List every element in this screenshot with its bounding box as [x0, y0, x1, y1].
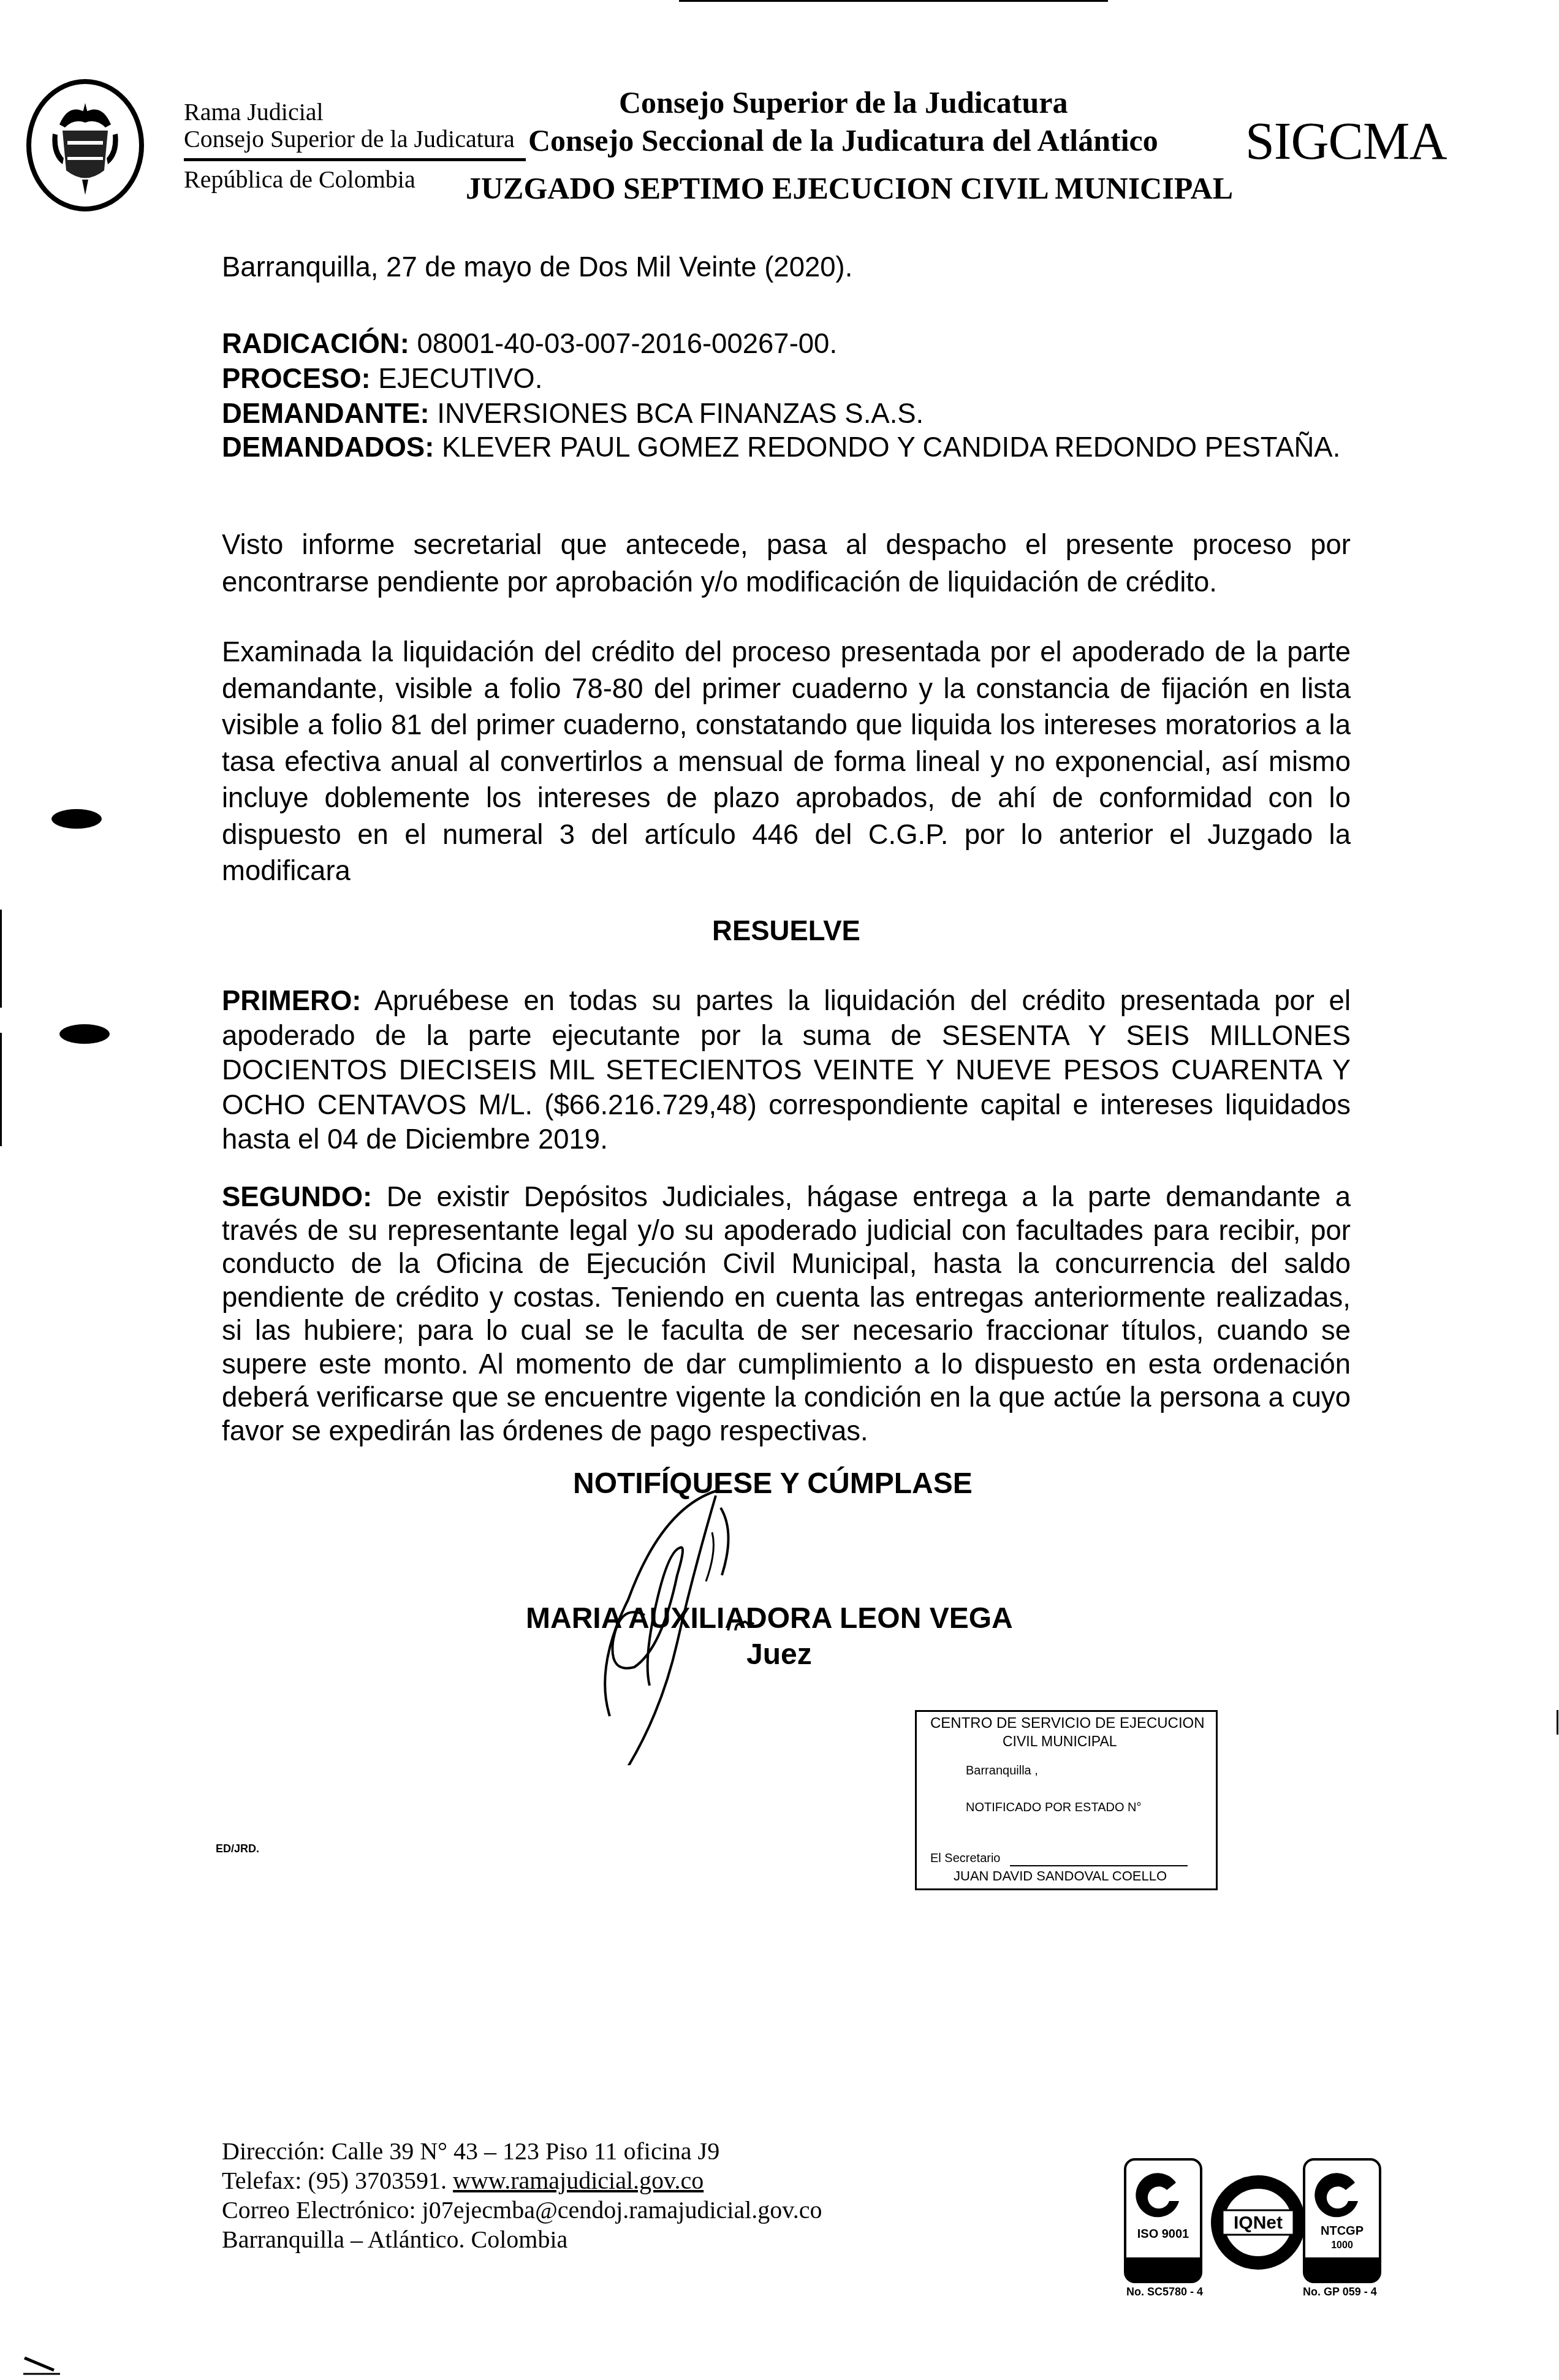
stamp-line-barranquilla: Barranquilla , — [966, 1764, 1038, 1778]
icontec-ntcgp1000-logo-icon: NTCGP 1000 — [1303, 2158, 1381, 2284]
stamp-line-notificado: NOTIFICADO POR ESTADO N° — [966, 1801, 1142, 1815]
scan-edge-mark — [0, 1033, 2, 1146]
scan-edge-mark — [1557, 1710, 1558, 1735]
footer-telefax: Telefax: (95) 3703591. www.ramajudicial.… — [222, 2166, 822, 2196]
header-juzgado: JUZGADO SEPTIMO EJECUCION CIVIL MUNICIPA… — [466, 170, 1233, 206]
iqnet-logo-icon: IQNet — [1210, 2175, 1306, 2270]
scan-corner-mark — [23, 2357, 60, 2375]
footer-address: Dirección: Calle 39 N° 43 – 123 Piso 11 … — [222, 2137, 822, 2166]
header-divider — [184, 158, 526, 161]
header-consejo-superior: Consejo Superior de la Judicatura — [619, 85, 1068, 120]
paragraph-visto: Visto informe secretarial que antecede, … — [222, 526, 1351, 601]
stamp-signature-line — [1010, 1865, 1188, 1866]
footer-contact: Dirección: Calle 39 N° 43 – 123 Piso 11 … — [222, 2137, 822, 2254]
paragraph-primero: PRIMERO: Apruébese en todas su partes la… — [222, 984, 1351, 1157]
resolve-heading: RESUELVE — [222, 912, 1351, 949]
judge-title: Juez — [746, 1638, 812, 1671]
cert-ntcgp1000-number: No. GP 059 - 4 — [1303, 2286, 1377, 2298]
header-rama-judicial: Rama Judicial — [184, 98, 324, 126]
cert-ntcgp1000: NTCGP 1000 No. GP 059 - 4 — [1303, 2158, 1381, 2287]
scan-edge-mark — [0, 910, 2, 1008]
svg-text:1000: 1000 — [1331, 2240, 1353, 2251]
notification-stamp: CENTRO DE SERVICIO DE EJECUCION CIVIL MU… — [915, 1710, 1218, 1890]
footer-website-link[interactable]: www.ramajudicial.gov.co — [453, 2167, 704, 2194]
case-field-demandante: DEMANDANTE: INVERSIONES BCA FINANZAS S.A… — [222, 395, 1351, 432]
footer-city: Barranquilla – Atlántico. Colombia — [222, 2225, 822, 2254]
stamp-line-civil: CIVIL MUNICIPAL — [1003, 1733, 1117, 1750]
brand-sigcma: SIGCMA — [1245, 110, 1447, 172]
cert-iso9001-number: No. SC5780 - 4 — [1126, 2286, 1203, 2298]
header-consejo-superior-small: Consejo Superior de la Judicatura — [184, 125, 515, 153]
case-fields: RADICACIÓN: 08001-40-03-007-2016-00267-0… — [222, 325, 1351, 465]
punch-hole — [51, 809, 102, 829]
case-field-demandados: DEMANDADOS: KLEVER PAUL GOMEZ REDONDO Y … — [222, 430, 1351, 465]
cert-iso9001: ISO 9001 No. SC5780 - 4 — [1124, 2158, 1202, 2287]
initials: ED/JRD. — [216, 1842, 259, 1855]
punch-hole — [59, 1024, 110, 1044]
footer-email: Correo Electrónico: j07ejecmba@cendoj.ra… — [222, 2196, 822, 2225]
judge-name: MARIA AUXILIADORA LEON VEGA — [526, 1602, 1013, 1635]
scan-edge-line — [679, 0, 1108, 2]
stamp-line-secretario: El Secretario — [930, 1852, 1001, 1866]
case-field-proceso: PROCESO: EJECUTIVO. — [222, 360, 1351, 397]
paragraph-segundo: SEGUNDO: De existir Depósitos Judiciales… — [222, 1180, 1351, 1448]
header-consejo-seccional: Consejo Seccional de la Judicatura del A… — [528, 123, 1158, 158]
icontec-iso9001-logo-icon: ISO 9001 — [1124, 2158, 1202, 2284]
colombia-coat-of-arms-icon — [26, 78, 145, 212]
stamp-line-centro: CENTRO DE SERVICIO DE EJECUCION — [930, 1715, 1205, 1732]
svg-text:IQNet: IQNet — [1234, 2213, 1283, 2233]
cert-iqnet: IQNet — [1210, 2175, 1306, 2273]
svg-text:NTCGP: NTCGP — [1321, 2224, 1364, 2238]
header-republica: República de Colombia — [184, 165, 415, 194]
svg-text:ISO 9001: ISO 9001 — [1137, 2227, 1189, 2241]
case-field-radicacion: RADICACIÓN: 08001-40-03-007-2016-00267-0… — [222, 325, 1351, 362]
date-line: Barranquilla, 27 de mayo de Dos Mil Vein… — [222, 248, 1351, 286]
paragraph-examinada: Examinada la liquidación del crédito del… — [222, 634, 1351, 889]
stamp-line-secretary-name: JUAN DAVID SANDOVAL COELLO — [954, 1868, 1167, 1884]
